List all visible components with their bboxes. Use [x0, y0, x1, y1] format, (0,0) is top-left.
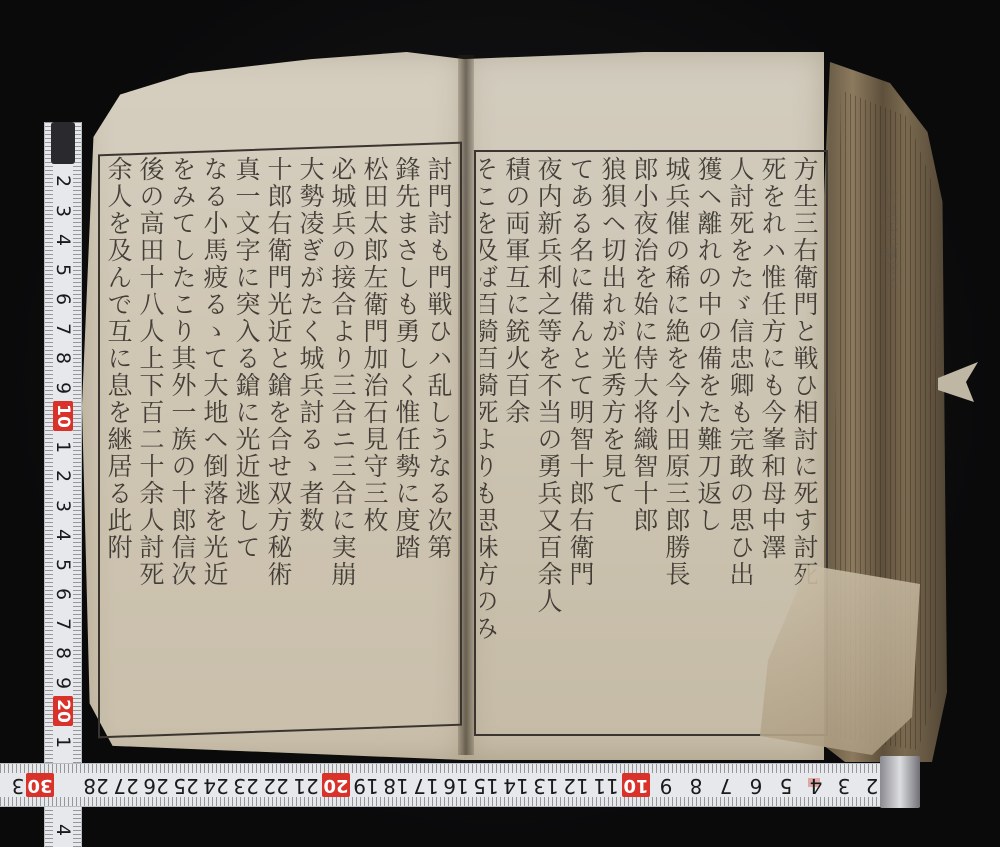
tape-number: 4	[802, 774, 830, 798]
tape-number: 5	[772, 774, 800, 798]
text-column: 郎小夜治を始に侍大将織智十郎	[628, 156, 660, 726]
text-column: 夜内新兵利之等を不当の勇兵又百余人	[532, 156, 564, 726]
tape-number: 7	[712, 774, 740, 798]
tape-number: 21	[292, 774, 320, 798]
tape-number: 4	[52, 812, 74, 847]
tape-number: 20	[53, 696, 73, 726]
open-book: 討門討も門戦ひハ乱しうなる次第鋒先まさしも勇しく惟任勢に度踏松田太郎左衛門加治石…	[0, 0, 1000, 847]
tape-number: 10	[622, 773, 650, 797]
tape-number: 27	[112, 774, 140, 798]
tape-number: 28	[82, 774, 110, 798]
tape-number: 16	[442, 774, 470, 798]
tape-number: 11	[592, 774, 620, 798]
text-column: てある名に備んとて明智十郎右衛門	[564, 156, 596, 726]
tape-number: 2	[858, 774, 886, 798]
text-column: をみてしたこり其外一族の十郎信次	[166, 156, 198, 721]
text-column: 十郎右衛門光近と鎗を合せ双方秘術	[262, 156, 294, 721]
text-column: そこを及ば百騎百騎死よりも思味方のみ	[480, 156, 500, 726]
text-column: 松田太郎左衛門加治石見守三枚	[358, 156, 390, 721]
left-page-text: 討門討も門戦ひハ乱しうなる次第鋒先まさしも勇しく惟任勢に度踏松田太郎左衛門加治石…	[104, 156, 454, 721]
tape-number: 30	[26, 773, 54, 797]
vertical-measuring-tape: 2345678910123456789201234	[44, 122, 82, 847]
tape-number: 14	[502, 774, 530, 798]
text-column: 鋒先まさしも勇しく惟任勢に度踏	[390, 156, 422, 721]
tape-number: 8	[682, 774, 710, 798]
tape-number: 17	[412, 774, 440, 798]
tape-number: 22	[262, 774, 290, 798]
tape-number: 18	[382, 774, 410, 798]
text-column: 必城兵の接合より三合ニ三合に実崩	[326, 156, 358, 721]
horizontal-measuring-tape: 3302827262524232221201918171615141312111…	[0, 763, 920, 807]
tape-number: 6	[742, 774, 770, 798]
text-column: 積の両軍互に銃火百余	[500, 156, 532, 726]
tape-number: 26	[142, 774, 170, 798]
tape-number: 19	[352, 774, 380, 798]
text-column: 人討死をたゞ信忠卿も完敢の思ひ出	[724, 156, 756, 726]
tape-number: 20	[322, 773, 350, 797]
text-column: 後の高田十八人上下百二十余人討死	[134, 156, 166, 721]
text-column: 大勢凌ぎがたく城兵討るゝ者数	[294, 156, 326, 721]
tape-number: 24	[202, 774, 230, 798]
tape-number: 13	[532, 774, 560, 798]
text-column: 城兵催の稀に絶を今小田原三郎勝長	[660, 156, 692, 726]
text-column: 狼狽ヘ切出れが光秀方を見て	[596, 156, 628, 726]
tape-number: 23	[232, 774, 260, 798]
text-column: 余人を及んで互に息を継居る此附	[104, 156, 134, 721]
text-column: 真一文字に突入る鎗に光近逃して	[230, 156, 262, 721]
right-page-text: 方生三右衛門と戦ひ相討に死す討死死をれハ惟任方にも今峯和母中澤人討死をたゞ信忠卿…	[480, 156, 820, 726]
tape-number: 9	[652, 774, 680, 798]
text-column: なる小馬疲るゝて大地へ倒落を光近	[198, 156, 230, 721]
tape-number: 25	[172, 774, 200, 798]
tape-number: 3	[830, 774, 858, 798]
text-column: 討門討も門戦ひハ乱しうなる次第	[422, 156, 454, 721]
margin-title-label: 信長記三編巻之	[880, 190, 900, 288]
tape-number: 15	[472, 774, 500, 798]
tape-hook-icon	[51, 122, 75, 164]
tape-number: 10	[53, 401, 73, 431]
text-column: 獲ヘ離れの中の備をた難刀返し	[692, 156, 724, 726]
tape-number: 12	[562, 774, 590, 798]
tape-end-clip-icon	[880, 756, 920, 808]
